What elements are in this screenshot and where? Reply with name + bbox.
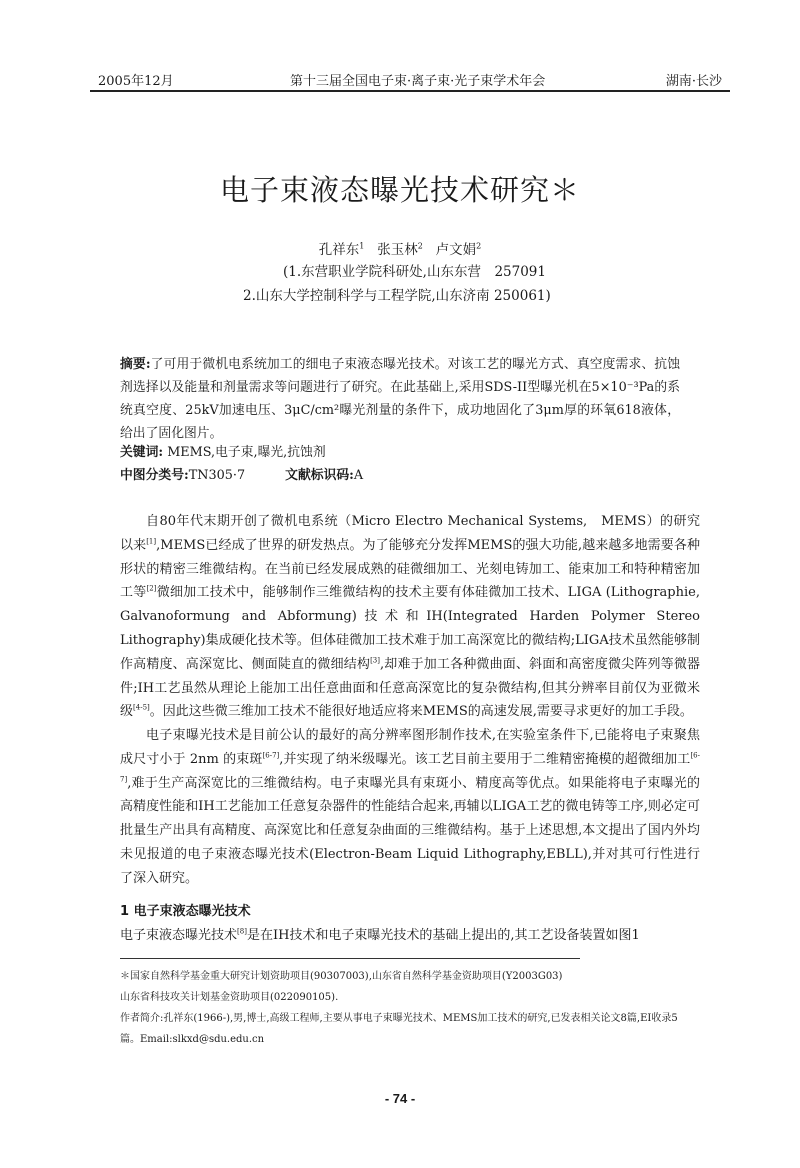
citation: [1] (146, 537, 156, 545)
footnote-email: 篇。Email:slkxd@sdu.edu.cn (120, 1029, 710, 1050)
text: 电子束液态曝光技术 (120, 928, 237, 943)
footnote-funding: ＊国家自然科学基金重大研究计划资助项目(90307003),山东省自然科学基金资… (120, 966, 710, 987)
running-header: 2005年12月 第十三届全国电子束·离子束·光子束学术年会 湖南·长沙 (90, 68, 730, 92)
text: ,难于生产高深宽比的三维微结构。电子束曝光具有束斑小、精度高等优点。如果能将电子… (120, 776, 700, 886)
author-affiliation-mark: 1 (359, 242, 364, 251)
header-conference: 第十三届全国电子束·离子束·光子束学术年会 (290, 70, 545, 89)
keywords: 关键词: MEMS,电子束,曝光,抗蚀剂 (120, 441, 326, 460)
clc-label: 中图分类号: (120, 468, 189, 483)
citation: [8] (237, 928, 247, 936)
footnotes: ＊国家自然科学基金重大研究计划资助项目(90307003),山东省自然科学基金资… (120, 966, 710, 1050)
footnote-divider (120, 958, 580, 959)
body-paragraph-1: 自80年代末期开创了微机电系统（Micro Electro Mechanical… (120, 510, 700, 724)
text: ,并实现了纳米级曝光。该工艺目前主要用于二维精密掩模的超微细加工 (279, 752, 690, 767)
author-affiliation-mark: 2 (476, 242, 481, 251)
clc-value: TN305·7 (189, 468, 245, 483)
doc-code-label: 文献标识码: (285, 468, 354, 483)
body-paragraph-2: 电子束曝光技术是目前公认的最好的高分辨率图形制作技术,在实验室条件下,已能将电子… (120, 724, 700, 891)
abstract: 摘要:了可用于微机电系统加工的细电子束液态曝光技术。对该工艺的曝光方式、真空度需… (120, 353, 680, 445)
text: 是在IH技术和电子束曝光技术的基础上提出的,其工艺设备装置如图1 (247, 928, 640, 943)
author-name: 张玉林 (377, 242, 418, 258)
affiliation-2: 2.山东大学控制科学与工程学院,山东济南 250061) (243, 284, 551, 304)
keywords-label: 关键词: (120, 445, 163, 460)
section-text: 电子束液态曝光技术[8]是在IH技术和电子束曝光技术的基础上提出的,其工艺设备装… (120, 924, 705, 943)
affiliation-1: (1.东营职业学院科研处,山东东营 257091 (283, 260, 546, 280)
author-name: 卢文娟 (436, 242, 477, 258)
classification: 中图分类号:TN305·7 文献标识码:A (120, 464, 363, 483)
section-heading: 1 电子束液态曝光技术 (120, 900, 251, 919)
citation: [2] (147, 585, 157, 593)
text: 。因此这些微三维加工技术不能很好地适应将来MEMS的高速发展,需要寻求更好的加工… (150, 704, 693, 719)
page-number: - 74 - (0, 1091, 800, 1106)
citation: [6-7] (263, 751, 280, 759)
footnote-funding-2: 山东省科技攻关计划基金资助项目(022090105). (120, 987, 710, 1008)
abstract-label: 摘要: (120, 357, 151, 372)
doc-code-value: A (354, 468, 363, 483)
abstract-text: 了可用于微机电系统加工的细电子束液态曝光技术。对该工艺的曝光方式、真空度需求、抗… (120, 357, 680, 441)
footnote-author-bio: 作者简介:孔祥东(1966-),男,博士,高级工程师,主要从事电子束曝光技术、M… (120, 1008, 710, 1029)
author-name: 孔祥东 (319, 242, 360, 258)
paper-title: 电子束液态曝光技术研究＊ (0, 168, 800, 209)
citation: [4-5] (133, 704, 150, 712)
author-list: 孔祥东1 张玉林2 卢文娟2 (0, 238, 800, 258)
header-date: 2005年12月 (98, 70, 174, 89)
header-location: 湖南·长沙 (666, 70, 722, 89)
author-affiliation-mark: 2 (418, 242, 423, 251)
keywords-text: MEMS,电子束,曝光,抗蚀剂 (163, 445, 326, 460)
citation: [3] (370, 656, 380, 664)
